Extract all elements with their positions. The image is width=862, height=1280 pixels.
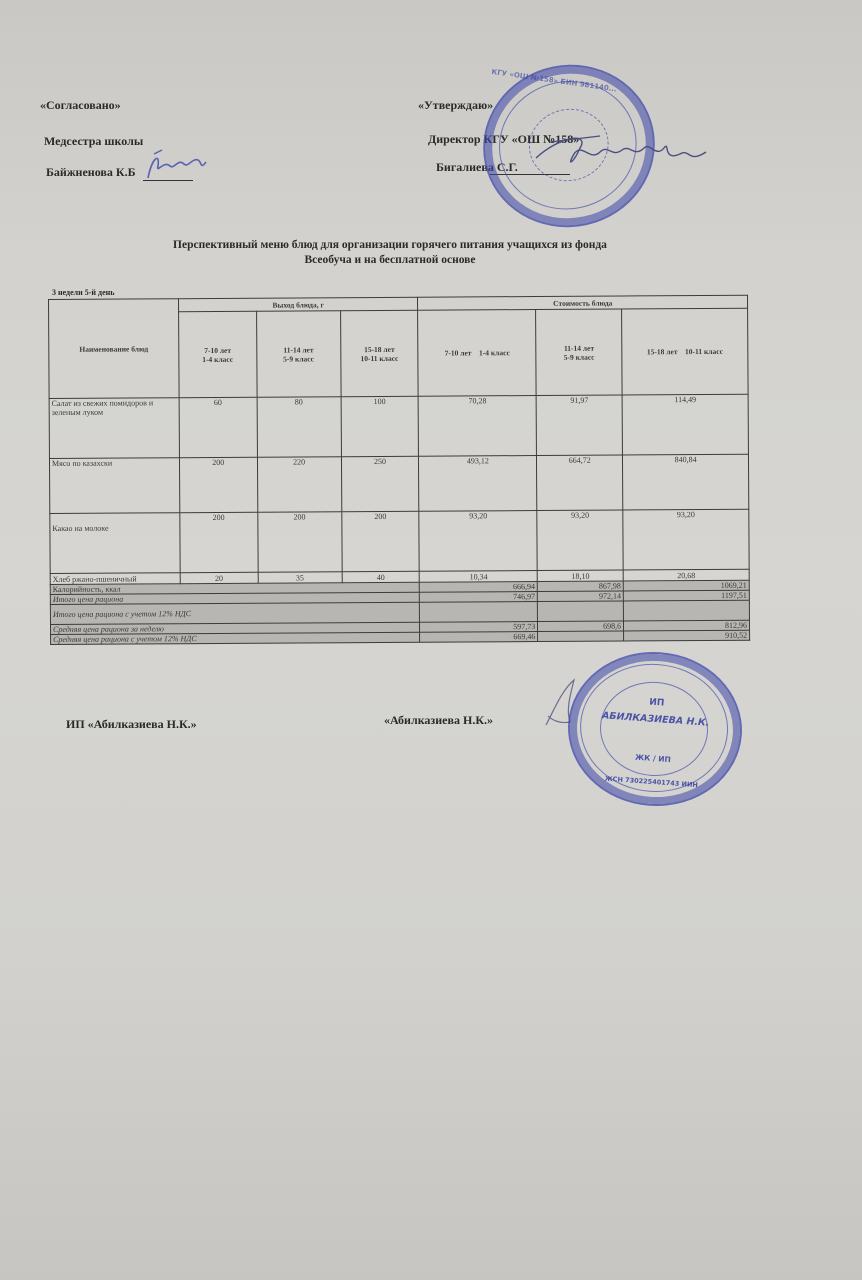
total-value: 1069,21 xyxy=(623,580,749,591)
header-yield-15-18: 15-18 лет10-11 класс xyxy=(340,310,418,396)
total-value: 812,96 xyxy=(624,620,750,631)
total-label: Итого цена рациона с учетом 12% НДС xyxy=(50,602,420,624)
total-value xyxy=(538,631,624,642)
footer-right-signatory: «Абилказиева Н.К.» xyxy=(384,713,493,728)
cost-cell: 93,20 xyxy=(419,511,537,572)
signature-right-icon xyxy=(530,128,710,178)
approval-left-heading: «Согласовано» xyxy=(40,98,121,113)
menu-table: Наименование блюд Выход блюда, г Стоимос… xyxy=(48,295,750,645)
yield-cell: 200 xyxy=(179,457,257,512)
yield-cell: 200 xyxy=(258,512,342,573)
yield-cell: 200 xyxy=(180,512,258,572)
header-yield-11-14: 11-14 лет5-9 класс xyxy=(256,311,340,398)
cost-cell: 93,20 xyxy=(623,509,749,570)
cost-cell: 493,12 xyxy=(419,456,537,512)
title-line-2: Всеобуча и на бесплатной основе xyxy=(140,253,640,268)
yield-cell: 100 xyxy=(341,396,419,456)
week-day-label: 3 недели 5-й день xyxy=(52,288,114,297)
total-value: 972,14 xyxy=(538,591,624,602)
total-value: 698,6 xyxy=(538,621,624,632)
total-label: Средняя цена рациона с учетом 12% НДС xyxy=(51,632,421,644)
total-value xyxy=(624,600,750,621)
dish-name: Мясо по казахски xyxy=(49,458,179,514)
total-value: 910,52 xyxy=(624,630,750,641)
dish-name: Какао на молоке xyxy=(50,513,180,574)
dish-name: Хлеб ржано-пшеничный xyxy=(50,573,180,585)
table-row: Салат из свежих помидоров и зеленым луко… xyxy=(49,394,748,458)
total-value xyxy=(420,602,538,623)
document-title: Перспективный меню блюд для организации … xyxy=(140,238,640,268)
header-cost-15-18: 15-18 лет 10-11 класс xyxy=(622,308,748,395)
header-cost-11-14: 11-14 лет5-9 класс xyxy=(536,309,622,396)
total-value: 666,94 xyxy=(420,582,538,593)
dish-name: Салат из свежих помидоров и зеленым луко… xyxy=(49,398,179,459)
cost-cell: 840,84 xyxy=(623,454,749,510)
yield-cell: 250 xyxy=(341,456,419,511)
yield-cell: 200 xyxy=(341,511,419,571)
yield-cell: 220 xyxy=(257,457,341,513)
title-line-1: Перспективный меню блюд для организации … xyxy=(140,238,640,253)
total-value: 597,73 xyxy=(420,622,538,633)
approval-left-name: Байжненова К.Б xyxy=(46,165,136,180)
total-value xyxy=(538,601,624,622)
table-row: Мясо по казахски 200 220 250 493,12 664,… xyxy=(49,454,748,513)
header-yield-7-10: 7-10 лет1-4 класс xyxy=(178,311,256,397)
approval-right-heading: «Утверждаю» xyxy=(418,98,493,113)
yield-cell: 35 xyxy=(258,572,342,584)
total-value: 669,46 xyxy=(420,632,538,643)
cost-cell: 20,68 xyxy=(623,569,749,581)
cost-cell: 70,28 xyxy=(419,396,537,457)
total-value: 867,98 xyxy=(538,581,624,592)
cost-cell: 93,20 xyxy=(537,510,623,571)
cost-cell: 10,34 xyxy=(420,571,538,583)
table-row: Какао на молоке 200 200 200 93,20 93,20 … xyxy=(50,509,749,573)
yield-cell: 20 xyxy=(180,572,258,583)
approval-left-role: Медсестра школы xyxy=(44,134,143,149)
yield-cell: 60 xyxy=(179,397,257,457)
header-cost-7-10: 7-10 лет 1-4 класс xyxy=(418,310,536,397)
cost-cell: 91,97 xyxy=(536,395,622,456)
signature-left-icon xyxy=(140,148,210,182)
total-value: 746,97 xyxy=(420,592,538,603)
footer-left-signatory: ИП «Абилказиева Н.К.» xyxy=(66,717,197,732)
cost-cell: 18,10 xyxy=(537,570,623,582)
header-dish-name: Наименование блюд xyxy=(49,299,179,399)
cost-cell: 114,49 xyxy=(622,394,748,455)
cost-cell: 664,72 xyxy=(537,455,623,511)
total-value: 1197,51 xyxy=(623,590,749,601)
yield-cell: 40 xyxy=(342,571,420,582)
yield-cell: 80 xyxy=(257,397,341,458)
